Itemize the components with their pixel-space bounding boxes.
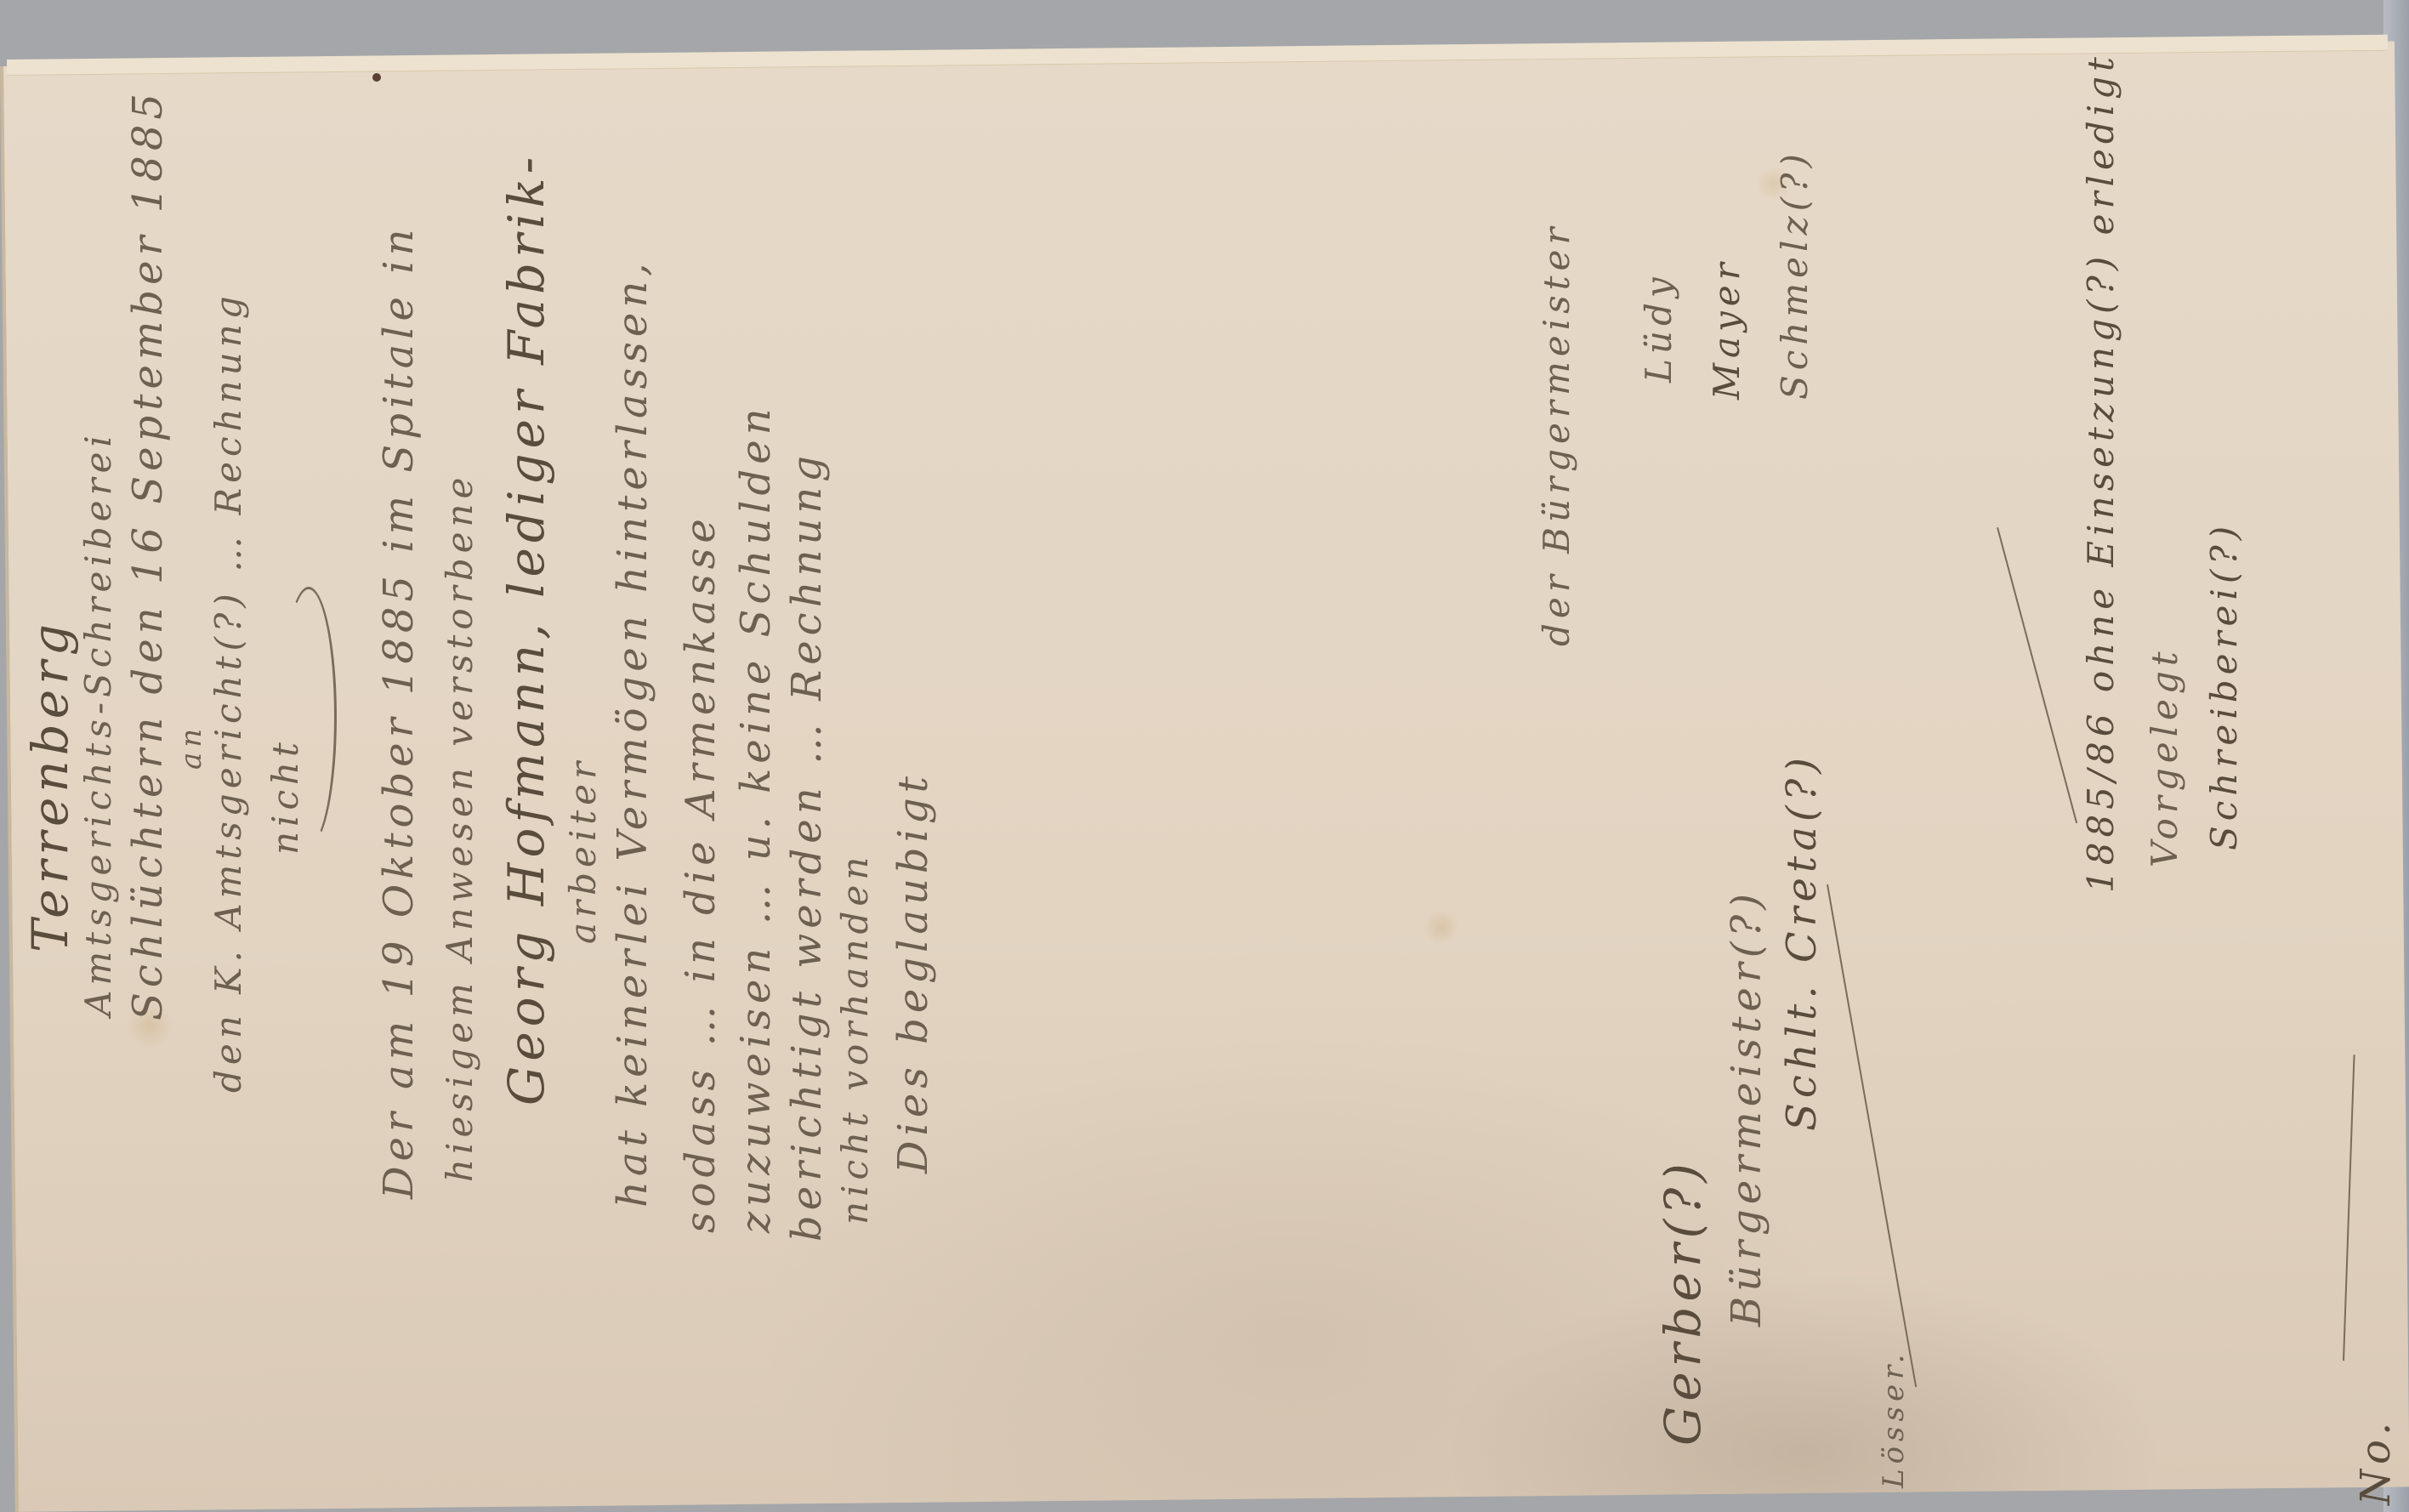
body-line-4: arbeiter bbox=[565, 757, 601, 944]
body-line-10: Dies beglaubigt bbox=[893, 771, 934, 1174]
header-addressee: den K. Amtsgericht(?) … Rechnung bbox=[211, 291, 247, 1093]
body-line-2: hiesigem Anwesen verstorbene bbox=[442, 473, 478, 1182]
header-to: an bbox=[177, 724, 206, 770]
ink-dot bbox=[372, 73, 381, 82]
header-dateline: Schlüchtern den 16 September 1885 bbox=[128, 88, 168, 1020]
paper-sheet bbox=[0, 42, 2409, 1512]
body-line-6: sodass … in die Armenkasse bbox=[680, 514, 721, 1233]
body-line-5: hat keinerlei Vermögen hinterlassen, bbox=[612, 258, 653, 1208]
flourish bbox=[281, 587, 337, 847]
corner-mark: No. bbox=[2355, 1418, 2396, 1505]
signature-left-3: Schlt. Creta(?) bbox=[1781, 753, 1822, 1131]
signature-left-1: Gerber(?) bbox=[1658, 1158, 1707, 1446]
signature-left-2: Bürgermeister(?) bbox=[1726, 889, 1767, 1327]
body-line-9: nicht vorhanden bbox=[838, 852, 873, 1225]
signature-right-2: Mayer bbox=[1709, 258, 1745, 400]
body-line-1: Der am 19 Oktober 1885 im Spitale in bbox=[378, 225, 419, 1199]
header-place: Terrenberg bbox=[26, 619, 75, 952]
signature-far-bottom: Lösser. bbox=[1879, 1350, 1908, 1488]
signature-right-3: Schmelz(?) bbox=[1777, 149, 1813, 400]
body-line-11: der Bürgermeister bbox=[1539, 223, 1575, 646]
marginal-note-3: Schreiberei(?) bbox=[2207, 521, 2242, 850]
body-line-3: Georg Hofmann, lediger Fabrik- bbox=[502, 152, 551, 1106]
signature-right-1: Lüdy bbox=[1641, 272, 1677, 383]
body-line-7: zuzuweisen … u. keine Schulden bbox=[736, 403, 776, 1233]
marginal-note-1: 1885/86 ohne Einsetzung(?) erledigt bbox=[2083, 52, 2119, 893]
marginal-note-2: Vorgelegt bbox=[2147, 646, 2183, 867]
header-office: Amtsgerichts-Schreiberei bbox=[81, 430, 116, 1016]
body-line-8: berichtigt werden … Rechnung bbox=[787, 451, 827, 1242]
